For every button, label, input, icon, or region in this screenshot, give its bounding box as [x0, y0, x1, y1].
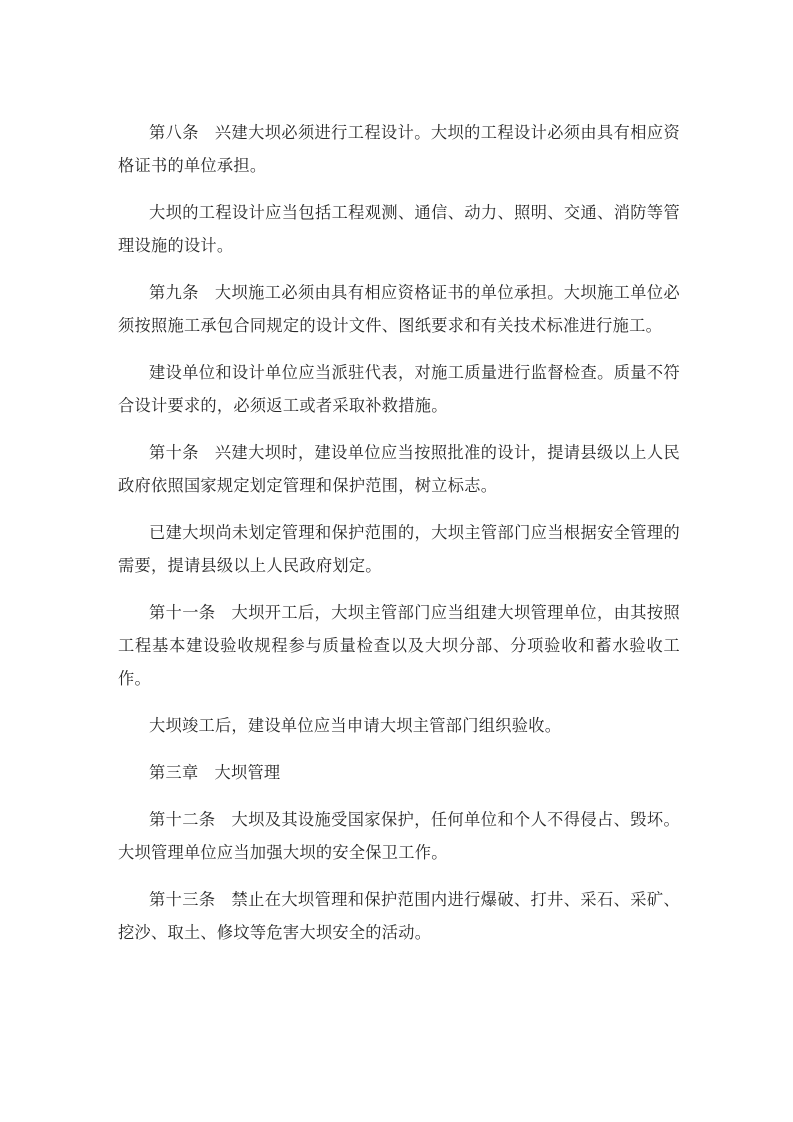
article-label: 第十条: [149, 443, 199, 462]
article-label: 第十三条: [149, 890, 215, 909]
article-label: 第十一条: [149, 603, 215, 622]
article-9-supervision-paragraph: 建设单位和设计单位应当派驻代表，对施工质量进行监督检查。质量不符合设计要求的，必…: [118, 356, 680, 422]
document-page: 第八条兴建大坝必须进行工程设计。大坝的工程设计必须由具有相应资格证书的单位承担。…: [118, 116, 680, 963]
article-11-completion-paragraph: 大坝竣工后，建设单位应当申请大坝主管部门组织验收。: [118, 709, 680, 742]
article-10-existing-dams-paragraph: 已建大坝尚未划定管理和保护范围的，大坝主管部门应当根据安全管理的需要，提请县级以…: [118, 516, 680, 582]
paragraph-text: 兴建大坝必须进行工程设计。大坝的工程设计必须由具有相应资格证书的单位承担。: [118, 123, 680, 175]
article-8-design-scope-paragraph: 大坝的工程设计应当包括工程观测、通信、动力、照明、交通、消防等管理设施的设计。: [118, 196, 680, 262]
article-13-paragraph: 第十三条禁止在大坝管理和保护范围内进行爆破、打井、采石、采矿、挖沙、取土、修坟等…: [118, 883, 680, 949]
paragraph-text: 兴建大坝时，建设单位应当按照批准的设计，提请县级以上人民政府依照国家规定划定管理…: [118, 443, 680, 495]
paragraph-text: 大坝竣工后，建设单位应当申请大坝主管部门组织验收。: [149, 716, 561, 735]
article-label: 第十二条: [149, 810, 215, 829]
article-11-paragraph: 第十一条大坝开工后，大坝主管部门应当组建大坝管理单位，由其按照工程基本建设验收规…: [118, 596, 680, 695]
article-9-paragraph: 第九条大坝施工必须由具有相应资格证书的单位承担。大坝施工单位必须按照施工承包合同…: [118, 276, 680, 342]
chapter-title: 大坝管理: [214, 763, 280, 782]
paragraph-text: 建设单位和设计单位应当派驻代表，对施工质量进行监督检查。质量不符合设计要求的，必…: [118, 363, 680, 415]
article-8-paragraph: 第八条兴建大坝必须进行工程设计。大坝的工程设计必须由具有相应资格证书的单位承担。: [118, 116, 680, 182]
paragraph-text: 大坝施工必须由具有相应资格证书的单位承担。大坝施工单位必须按照施工承包合同规定的…: [118, 283, 680, 335]
paragraph-text: 大坝的工程设计应当包括工程观测、通信、动力、照明、交通、消防等管理设施的设计。: [118, 203, 680, 255]
article-12-paragraph: 第十二条大坝及其设施受国家保护，任何单位和个人不得侵占、毁坏。大坝管理单位应当加…: [118, 803, 680, 869]
chapter-3-heading: 第三章大坝管理: [118, 756, 680, 789]
article-10-paragraph: 第十条兴建大坝时，建设单位应当按照批准的设计，提请县级以上人民政府依照国家规定划…: [118, 436, 680, 502]
article-label: 第八条: [149, 123, 199, 142]
paragraph-text: 已建大坝尚未划定管理和保护范围的，大坝主管部门应当根据安全管理的需要，提请县级以…: [118, 523, 680, 575]
chapter-label: 第三章: [149, 763, 198, 782]
article-label: 第九条: [149, 283, 199, 302]
